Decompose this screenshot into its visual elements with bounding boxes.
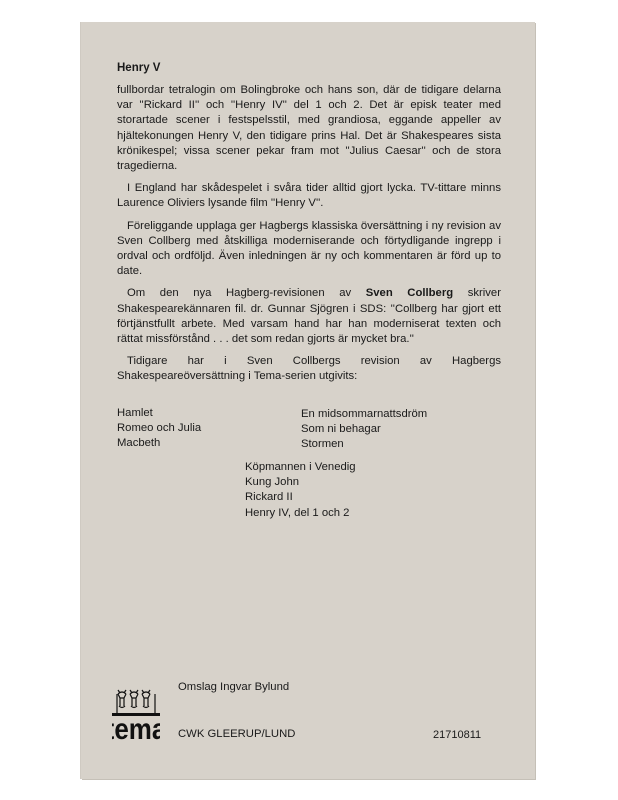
book-title: Henry V — [117, 62, 160, 74]
series-title: En midsommarnattsdröm — [301, 407, 427, 422]
series-title: Romeo och Julia — [117, 421, 201, 436]
tema-logo-figures-icon: tema — [112, 688, 160, 740]
cover-credit: Omslag Ingvar Bylund — [178, 681, 289, 693]
reviser-name: Sven Collberg — [366, 287, 453, 299]
series-title: Köpmannen i Venedig — [245, 460, 356, 475]
svg-text:tema: tema — [112, 712, 160, 740]
series-titles-left: Hamlet Romeo och Julia Macbeth — [117, 406, 201, 452]
isbn-number: 21710811 — [433, 729, 481, 741]
series-title: Kung John — [245, 475, 356, 490]
series-title: Hamlet — [117, 406, 201, 421]
blurb-text: fullbordar tetralogin om Bolingbroke och… — [117, 83, 501, 392]
paragraph-series: Tidigare har i Sven Collbergs revision a… — [117, 354, 501, 384]
series-titles-center: Köpmannen i Venedig Kung John Rickard II… — [245, 460, 356, 521]
series-title: Macbeth — [117, 436, 201, 451]
paragraph-review: Om den nya Hagberg-revisionen av Sven Co… — [117, 286, 501, 347]
paragraph-england: I England har skådespelet i svåra tider … — [117, 181, 501, 211]
series-title: Rickard II — [245, 490, 356, 505]
paragraph-edition: Föreliggande upplaga ger Hagbergs klassi… — [117, 219, 501, 280]
series-title: Henry IV, del 1 och 2 — [245, 506, 356, 521]
paragraph-intro: fullbordar tetralogin om Bolingbroke och… — [117, 83, 501, 174]
series-title: Stormen — [301, 437, 427, 452]
series-titles-right: En midsommarnattsdröm Som ni behagar Sto… — [301, 407, 427, 453]
series-title: Som ni behagar — [301, 422, 427, 437]
publisher-name: CWK GLEERUP/LUND — [178, 728, 295, 740]
